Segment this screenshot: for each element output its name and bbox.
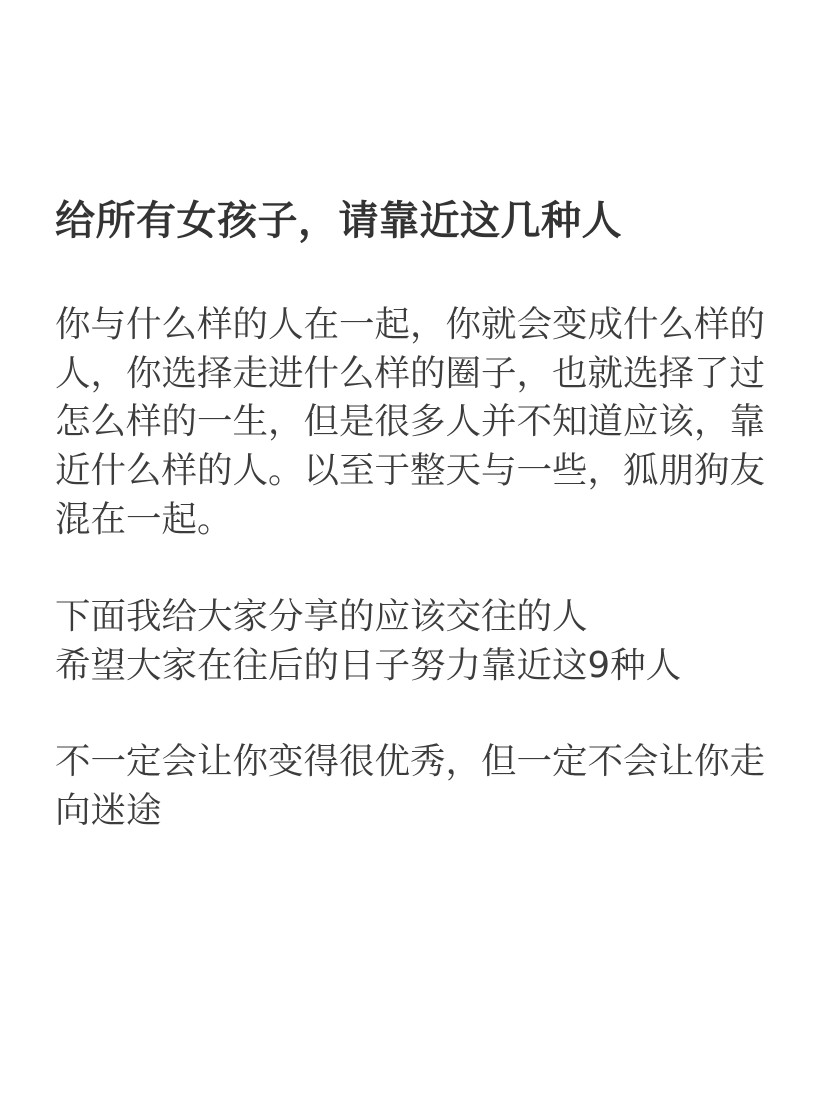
text-line: 怎么样的一生，但是很多人并不知道应该，靠 — [55, 398, 755, 447]
text-line: 混在一起。 — [55, 496, 755, 545]
article-page: 给所有女孩子，请靠近这几种人 你与什么样的人在一起，你就会变成什么样的 人，你选… — [0, 0, 828, 1104]
text-line: 人，你选择走进什么样的圈子，也就选择了过 — [55, 350, 755, 399]
intro-paragraph: 你与什么样的人在一起，你就会变成什么样的 人，你选择走进什么样的圈子，也就选择了… — [55, 301, 755, 545]
sharing-paragraph: 下面我给大家分享的应该交往的人 希望大家在往后的日子努力靠近这9种人 — [55, 593, 755, 690]
text-line: 下面我给大家分享的应该交往的人 — [55, 593, 755, 642]
closing-paragraph: 不一定会让你变得很优秀，但一定不会让你走 向迷途 — [55, 738, 755, 835]
text-line: 希望大家在往后的日子努力靠近这9种人 — [55, 642, 755, 691]
text-line: 你与什么样的人在一起，你就会变成什么样的 — [55, 301, 755, 350]
text-line: 不一定会让你变得很优秀，但一定不会让你走 — [55, 738, 755, 787]
text-line: 近什么样的人。以至于整天与一些，狐朋狗友 — [55, 447, 755, 496]
text-line: 向迷途 — [55, 787, 755, 836]
article-title: 给所有女孩子，请靠近这几种人 — [55, 196, 622, 246]
